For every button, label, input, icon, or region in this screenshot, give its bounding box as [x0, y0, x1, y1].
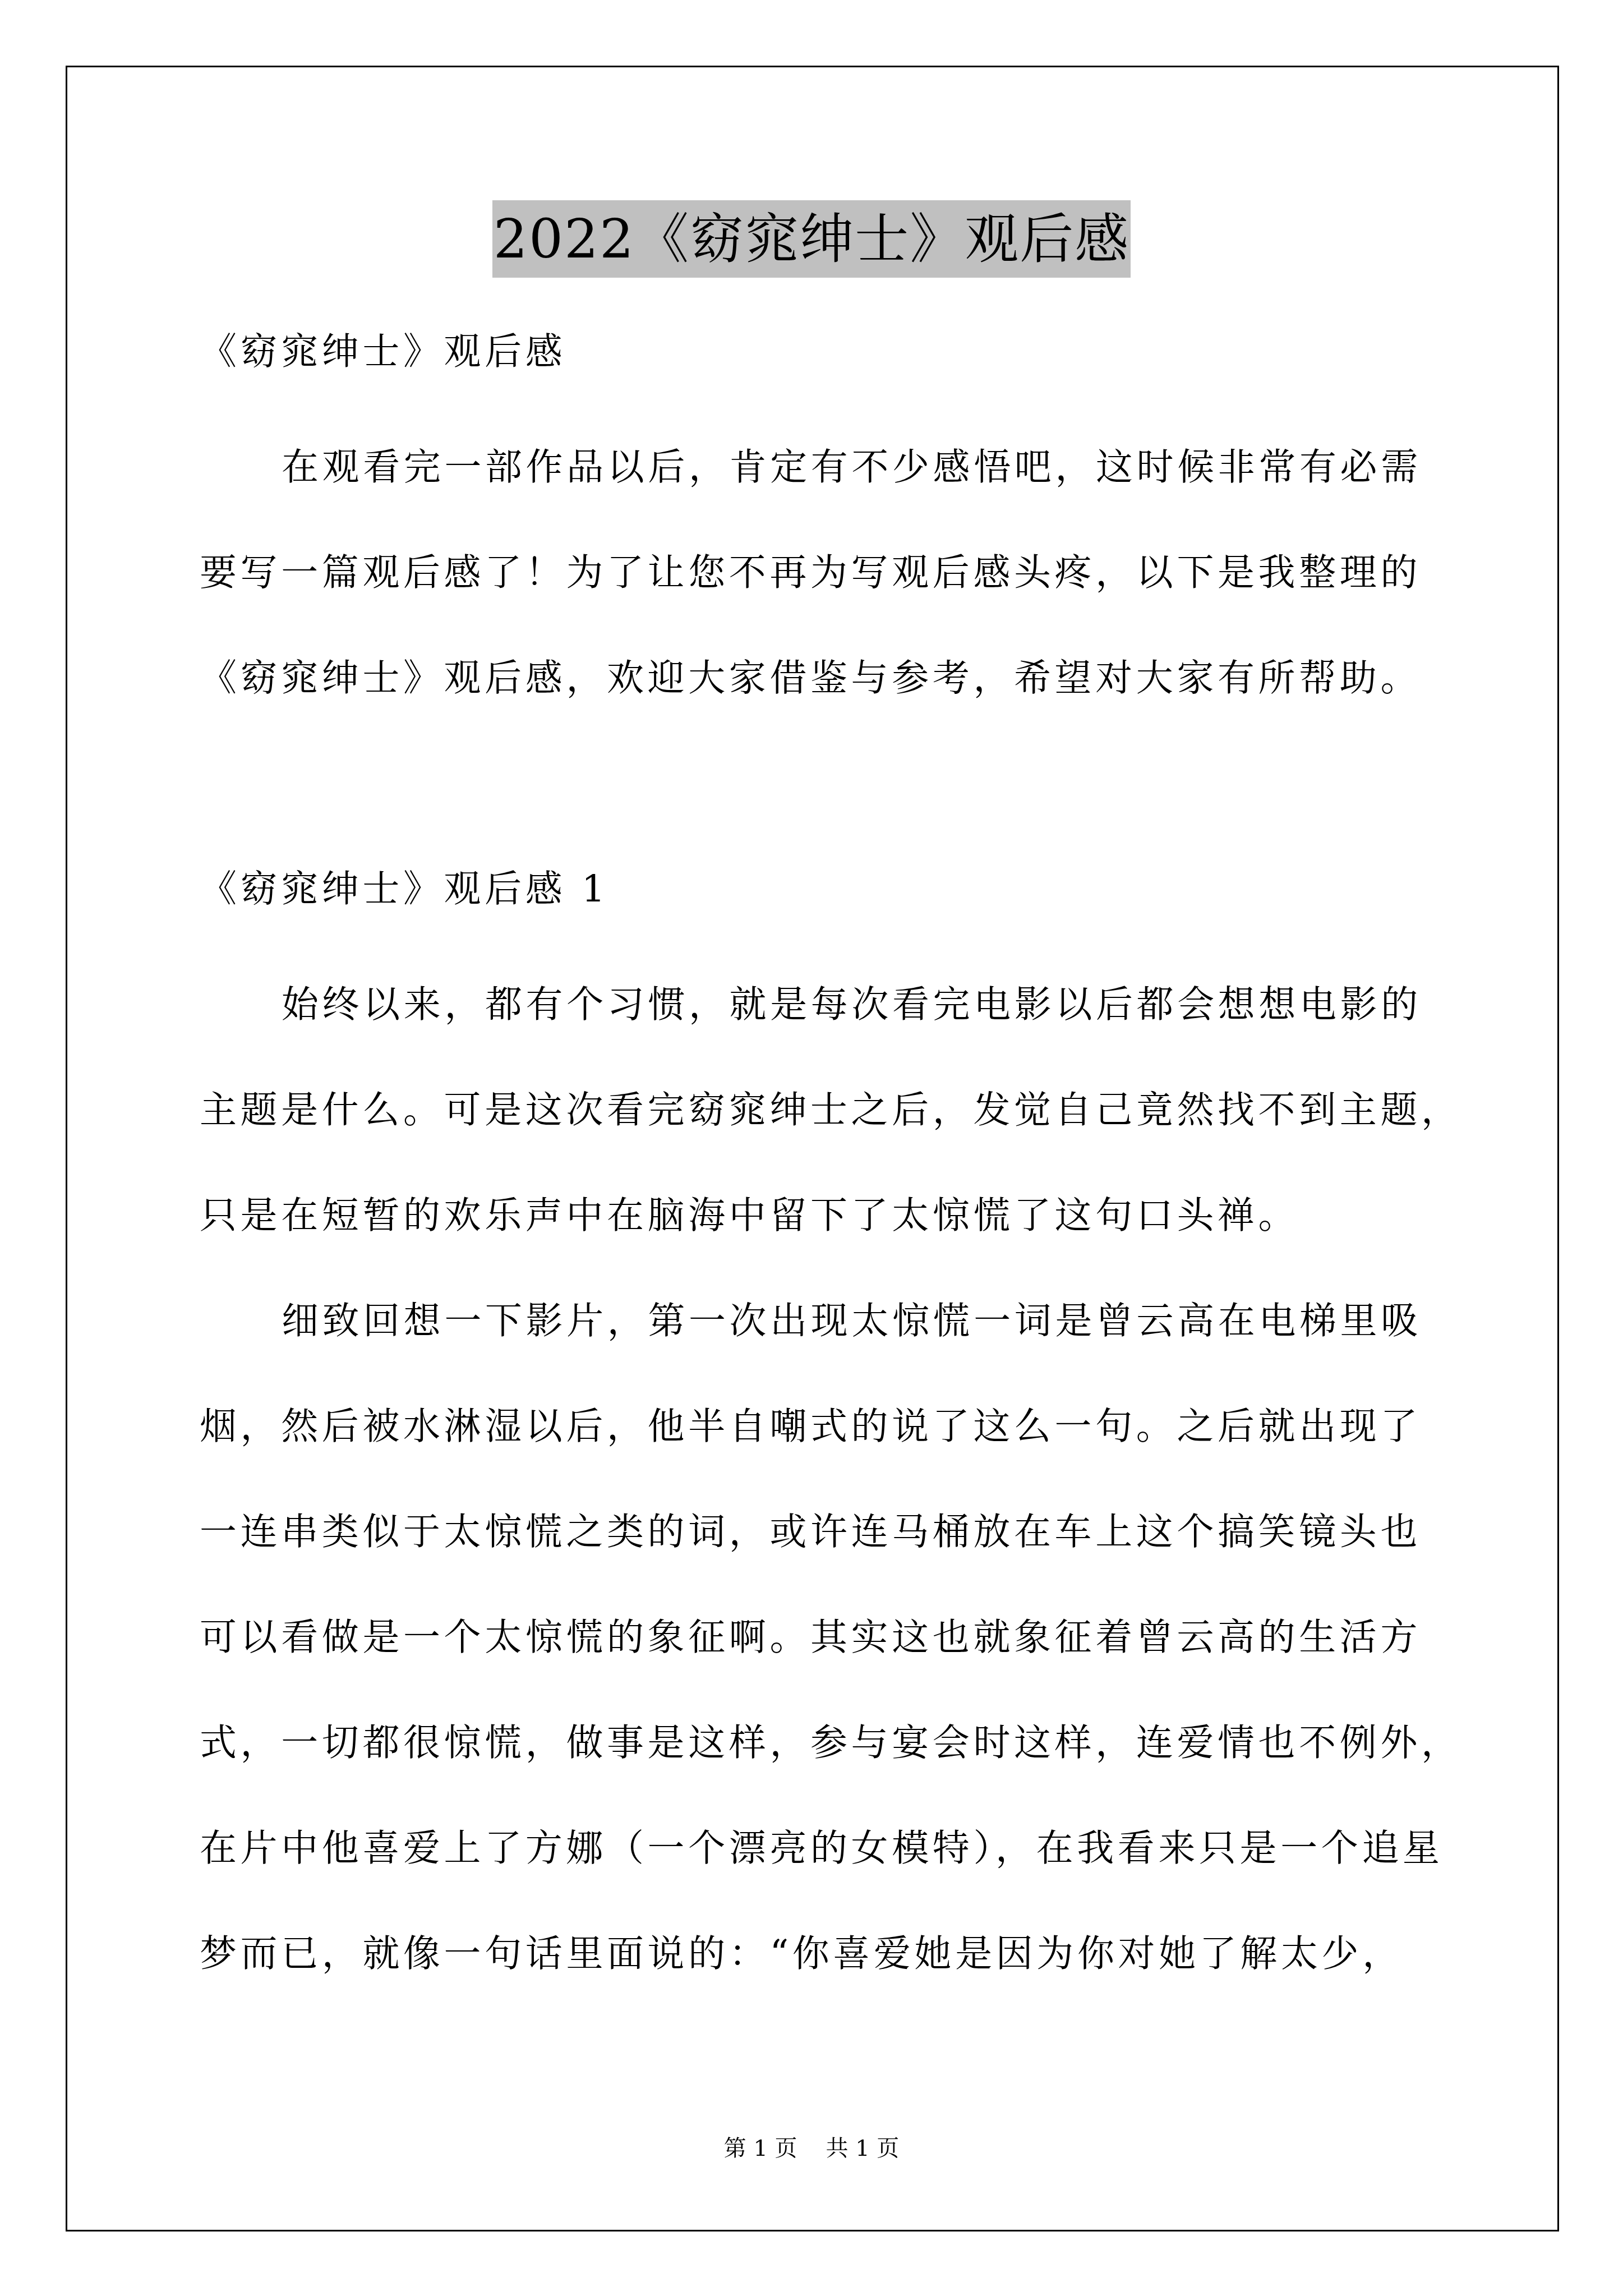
intro-line: 要写一篇观后感了！为了让您不再为写观后感头疼，以下是我整理的	[200, 547, 1421, 598]
paragraph-line: 可以看做是一个太惊慌的象征啊。其实这也就象征着曾云高的生活方	[200, 1612, 1421, 1663]
paragraph-line: 烟，然后被水淋湿以后，他半自嘲式的说了这么一句。之后就出现了	[200, 1401, 1421, 1452]
section-heading: 《窈窕绅士》观后感 1	[200, 864, 609, 914]
intro-line: 《窈窕绅士》观后感，欢迎大家借鉴与参考，希望对大家有所帮助。	[200, 653, 1421, 703]
subtitle: 《窈窕绅士》观后感	[200, 326, 566, 377]
paragraph-line: 始终以来，都有个习惯，就是每次看完电影以后都会想想电影的	[282, 979, 1422, 1030]
page-indicator: 第 1 页 共 1 页	[0, 2132, 1623, 2165]
paragraph-line: 只是在短暂的欢乐声中在脑海中留下了太惊慌了这句口头禅。	[200, 1190, 1299, 1241]
page-border	[66, 66, 1559, 2231]
paragraph-line: 主题是什么。可是这次看完窈窕绅士之后，发觉自己竟然找不到主题，	[200, 1085, 1462, 1135]
title-container: 2022《窈窕绅士》观后感	[0, 200, 1623, 278]
paragraph-line: 在片中他喜爱上了方娜（一个漂亮的女模特），在我看来只是一个追星	[200, 1823, 1444, 1874]
paragraph-line: 式，一切都很惊慌，做事是这样，参与宴会时这样，连爱情也不例外，	[200, 1718, 1462, 1768]
paragraph-line: 梦而已，就像一句话里面说的：“你喜爱她是因为你对她了解太少，	[200, 1929, 1403, 1979]
document-title: 2022《窈窕绅士》观后感	[492, 200, 1131, 278]
intro-line: 在观看完一部作品以后，肯定有不少感悟吧，这时候非常有必需	[282, 442, 1422, 493]
paragraph-line: 一连串类似于太惊慌之类的词，或许连马桶放在车上这个搞笑镜头也	[200, 1507, 1421, 1557]
paragraph-line: 细致回想一下影片，第一次出现太惊慌一词是曾云高在电梯里吸	[282, 1296, 1422, 1346]
